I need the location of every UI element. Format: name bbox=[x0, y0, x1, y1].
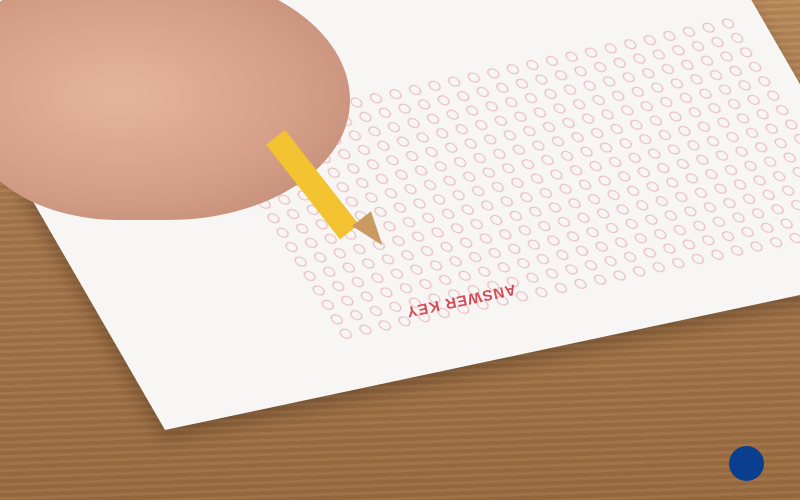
blue-dot-badge bbox=[729, 446, 764, 481]
desk-background: ANSWER KEY bbox=[0, 0, 800, 500]
